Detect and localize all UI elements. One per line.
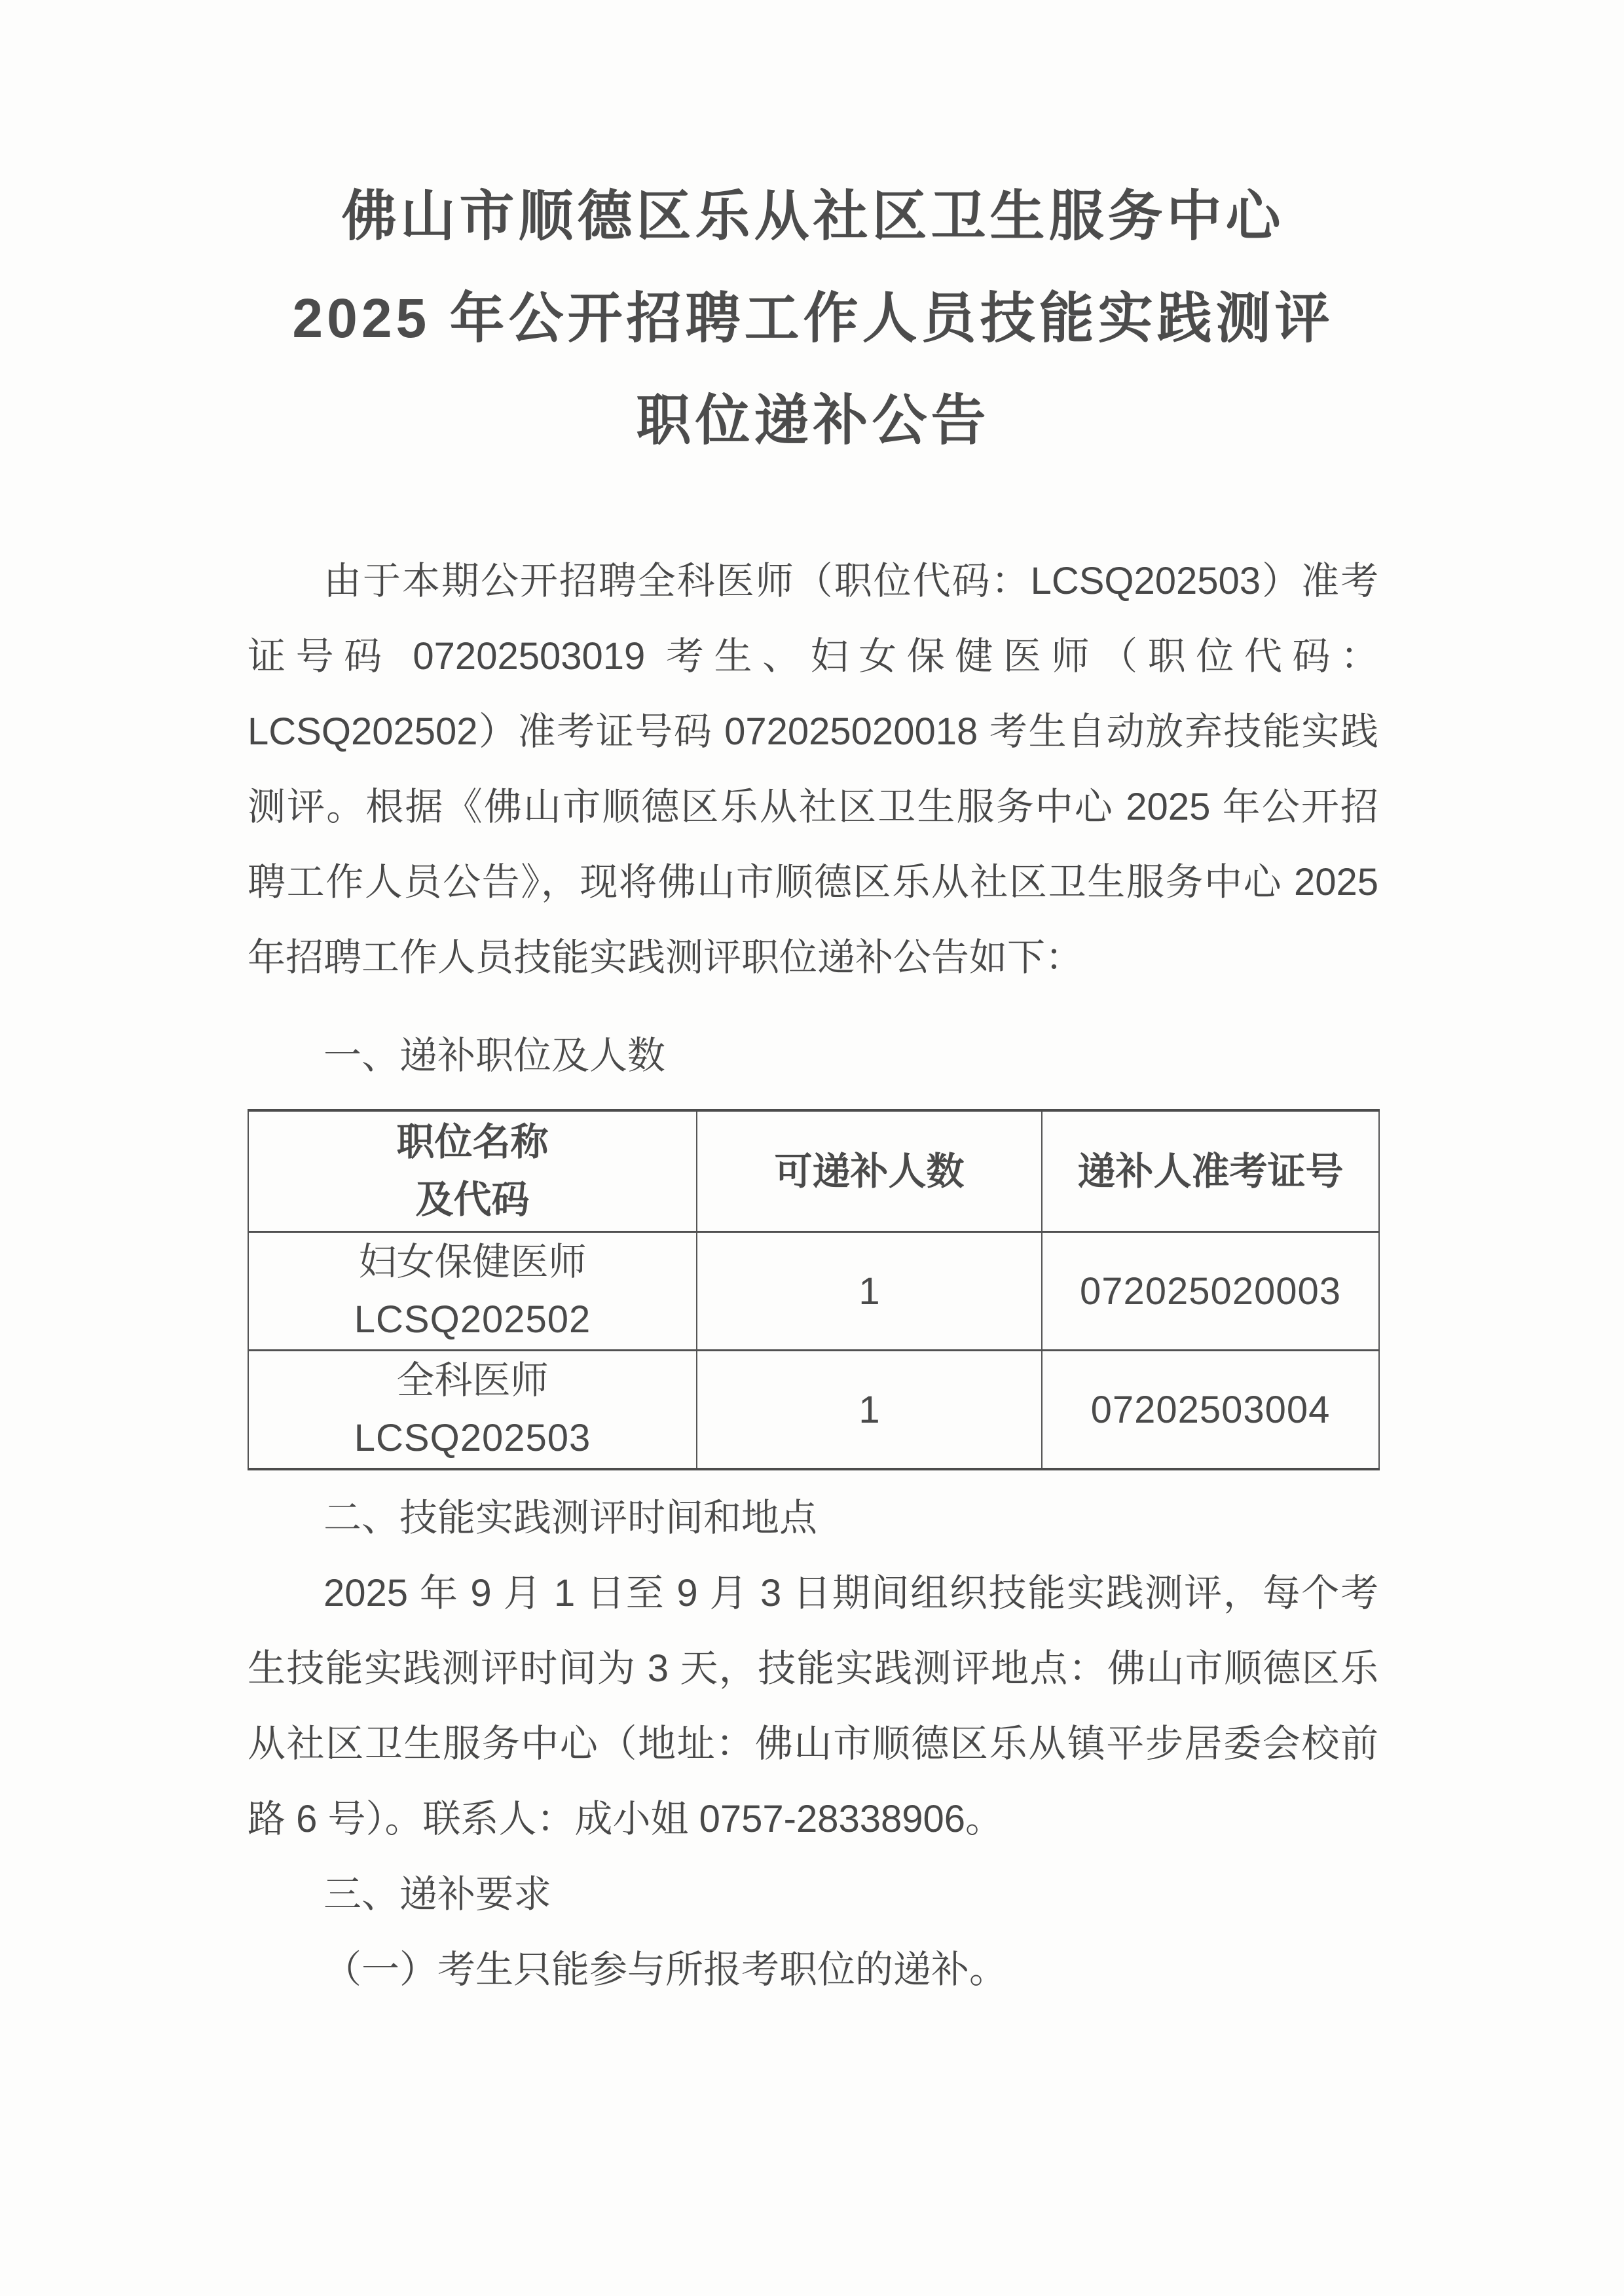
document-body: 由于本期公开招聘全科医师（职位代码：LCSQ202503）准考证号码 07202… [248,543,1378,2007]
table-row: 妇女保健医师 LCSQ202502 1 072025020003 [248,1232,1379,1351]
document-title-line-2: 2025 年公开招聘工作人员技能实践测评 [248,267,1378,369]
cell-ticket: 072025020003 [1042,1232,1379,1351]
cell-position-name-text: 全科医师 LCSQ202503 [249,1352,696,1467]
cell-ticket: 07202503004 [1042,1351,1379,1470]
document-content: 佛山市顺德区乐从社区卫生服务中心 2025 年公开招聘工作人员技能实践测评 职位… [248,0,1378,2007]
document-page: 佛山市顺德区乐从社区卫生服务中心 2025 年公开招聘工作人员技能实践测评 职位… [0,0,1624,2296]
document-title-line-3: 职位递补公告 [248,369,1378,471]
section-1-heading: 一、递补职位及人数 [248,1018,1378,1093]
document-title-line-1: 佛山市顺德区乐从社区卫生服务中心 [248,165,1378,267]
cell-position-name-text: 妇女保健医师 LCSQ202502 [249,1233,696,1349]
th-position-name: 职位名称 及代码 [248,1110,697,1232]
cell-count: 1 [697,1232,1042,1351]
cell-position-name: 全科医师 LCSQ202503 [248,1351,697,1470]
table-header-row: 职位名称 及代码 可递补人数 递补人准考证号 [248,1110,1379,1232]
th-ticket-number: 递补人准考证号 [1042,1110,1379,1232]
document-title: 佛山市顺德区乐从社区卫生服务中心 2025 年公开招聘工作人员技能实践测评 职位… [248,165,1378,471]
cell-count: 1 [697,1351,1042,1470]
schedule-paragraph: 2025 年 9 月 1 日至 9 月 3 日期间组织技能实践测评，每个考生技能… [248,1556,1378,1857]
section-3-heading: 三、递补要求 [248,1857,1378,1932]
intro-paragraph: 由于本期公开招聘全科医师（职位代码：LCSQ202503）准考证号码 07202… [248,543,1378,995]
table-row: 全科医师 LCSQ202503 1 07202503004 [248,1351,1379,1470]
requirement-item-1: （一）考生只能参与所报考职位的递补。 [248,1932,1378,2007]
cell-position-name: 妇女保健医师 LCSQ202502 [248,1232,697,1351]
th-position-name-text: 职位名称 及代码 [249,1114,696,1229]
th-replacement-count: 可递补人数 [697,1110,1042,1232]
replacement-positions-table: 职位名称 及代码 可递补人数 递补人准考证号 妇女保健医师 LCSQ202502 [248,1109,1380,1470]
section-2-heading: 二、技能实践测评时间和地点 [248,1480,1378,1556]
